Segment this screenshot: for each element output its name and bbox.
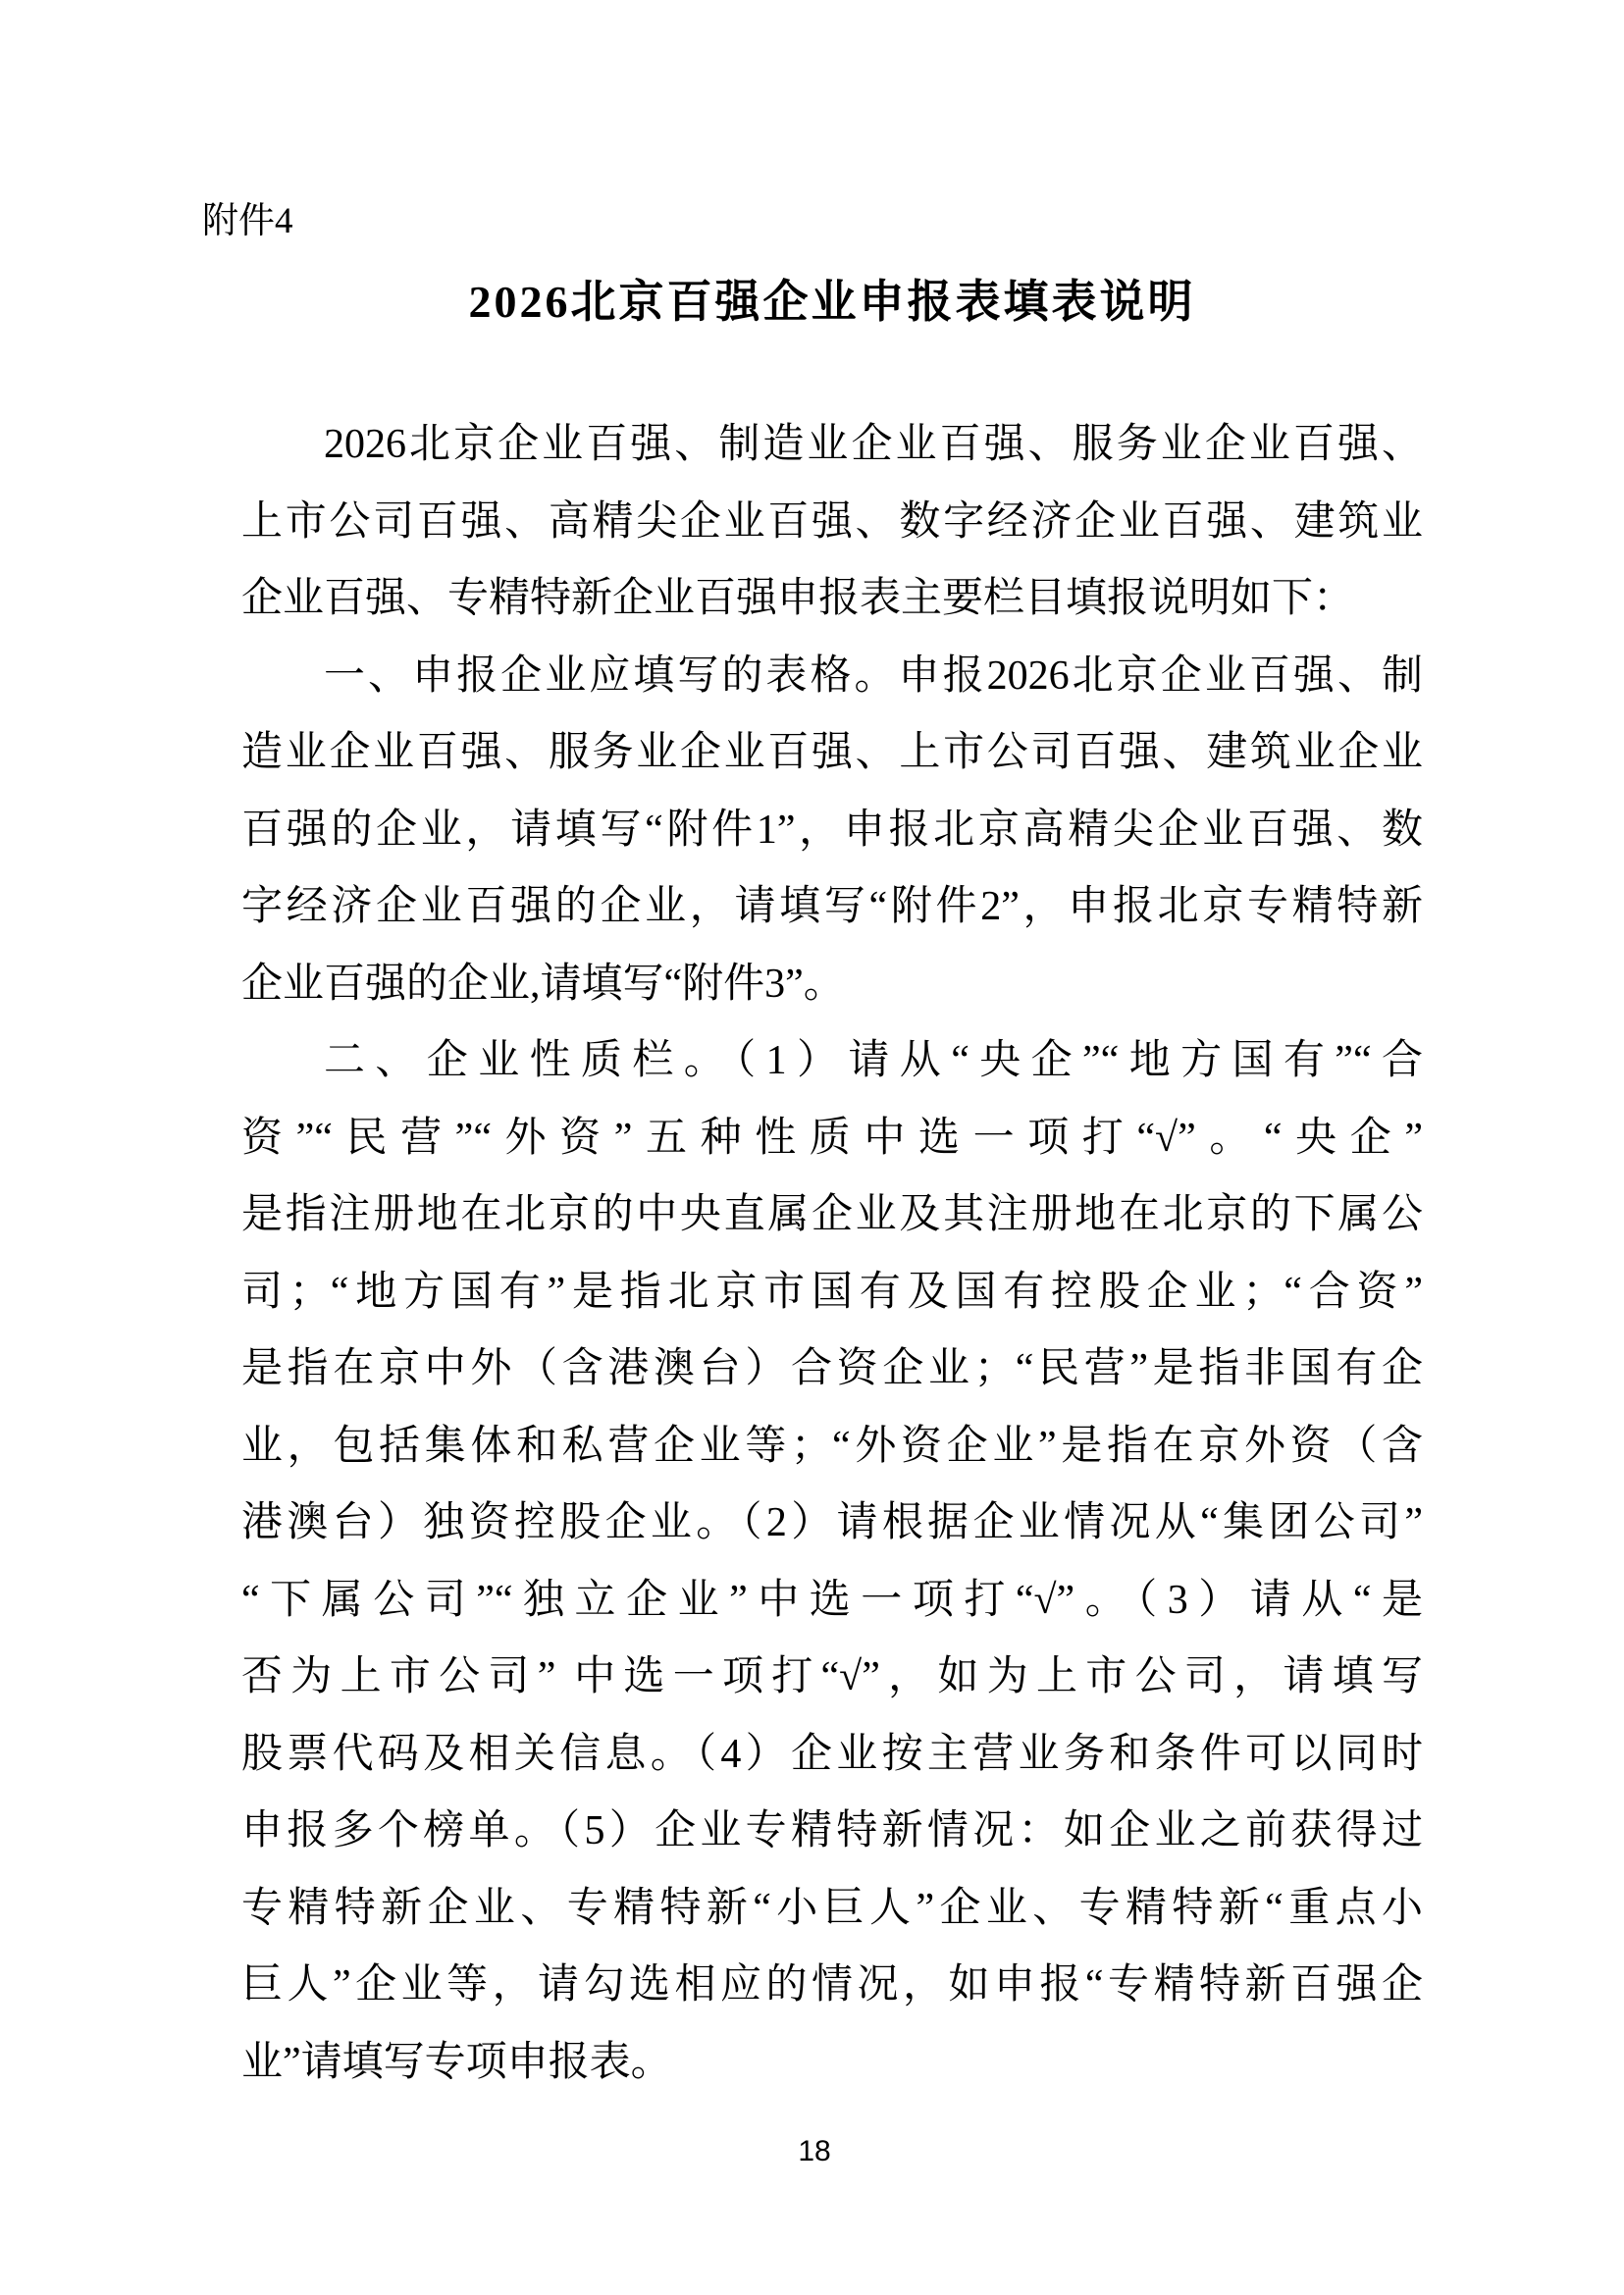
body-text-line: 二、企业性质栏。（1）请从“央企”“地方国有”“合 bbox=[241, 1022, 1423, 1100]
body-text-line: 是指在京中外（含港澳台）合资企业；“民营”是指非国有企 bbox=[241, 1330, 1423, 1408]
body-text-line: “下属公司”“独立企业”中选一项打“√”。（3）请从“是 bbox=[241, 1562, 1423, 1640]
body-text-line: 申报多个榜单。（5）企业专精特新情况：如企业之前获得过 bbox=[241, 1793, 1423, 1870]
body-text-line: 业，包括集体和私营企业等；“外资企业”是指在京外资（含 bbox=[241, 1408, 1423, 1486]
body-text-line: 一、申报企业应填写的表格。申报2026北京企业百强、制 bbox=[241, 638, 1423, 715]
body-text-line: 资”“民营”“外资”五种性质中选一项打“√”。“央企” bbox=[241, 1100, 1423, 1177]
body-text-line: 港澳台）独资控股企业。（2）请根据企业情况从“集团公司” bbox=[241, 1485, 1423, 1562]
body-text-line: 巨人”企业等，请勾选相应的情况，如申报“专精特新百强企 bbox=[241, 1947, 1423, 2024]
page-title: 2026北京百强企业申报表填表说明 bbox=[241, 277, 1423, 329]
body-text-line: 上市公司百强、高精尖企业百强、数字经济企业百强、建筑业 bbox=[241, 484, 1423, 561]
document-body-text: 2026北京企业百强、制造业企业百强、服务业企业百强、上市公司百强、高精尖企业百… bbox=[241, 406, 1423, 2101]
body-text-line: 业”请填写专项申报表。 bbox=[241, 2024, 1423, 2102]
body-text-line: 司；“地方国有”是指北京市国有及国有控股企业；“合资” bbox=[241, 1254, 1423, 1331]
body-text-line: 企业百强的企业,请填写“附件3”。 bbox=[241, 946, 1423, 1023]
body-text-line: 2026北京企业百强、制造业企业百强、服务业企业百强、 bbox=[241, 406, 1423, 484]
body-text-line: 企业百强、专精特新企业百强申报表主要栏目填报说明如下： bbox=[241, 560, 1423, 638]
body-text-line: 是指注册地在北京的中央直属企业及其注册地在北京的下属公 bbox=[241, 1176, 1423, 1254]
body-text-line: 造业企业百强、服务业企业百强、上市公司百强、建筑业企业 bbox=[241, 714, 1423, 792]
attachment-label: 附件4 bbox=[202, 200, 293, 243]
body-text-line: 百强的企业，请填写“附件1”，申报北京高精尖企业百强、数 bbox=[241, 792, 1423, 869]
body-text-line: 股票代码及相关信息。（4）企业按主营业务和条件可以同时 bbox=[241, 1716, 1423, 1794]
body-text-line: 字经济企业百强的企业，请填写“附件2”，申报北京专精特新 bbox=[241, 868, 1423, 946]
body-text-line: 专精特新企业、专精特新“小巨人”企业、专精特新“重点小 bbox=[241, 1870, 1423, 1948]
body-text-line: 否为上市公司” 中选一项打“√”，如为上市公司，请填写 bbox=[241, 1639, 1423, 1716]
page-number: 18 bbox=[0, 2135, 1624, 2168]
document-page: 附件4 2026北京百强企业申报表填表说明 2026北京企业百强、制造业企业百强… bbox=[0, 0, 1624, 2295]
